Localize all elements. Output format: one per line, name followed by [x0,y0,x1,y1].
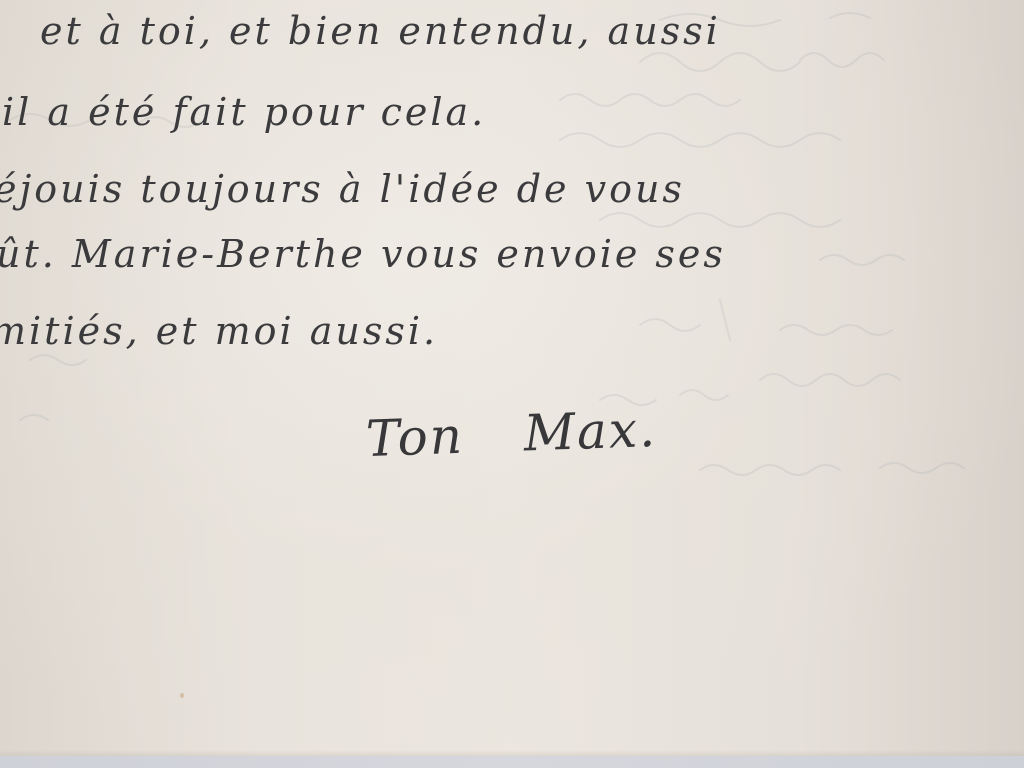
paper-stain [180,693,184,698]
letter-line-5: mitiés, et moi aussi. [0,312,438,350]
closing-salutation: Ton [365,407,465,468]
letter-line-3: éjouis toujours à l'idée de vous [0,170,685,208]
signature-name: Max [523,401,640,463]
background-surface [0,756,1024,768]
letter-line-1: et à toi, et bien entendu, aussi [40,12,721,50]
letter-signature: TonMax. [365,400,658,468]
signature-trailing-mark: . [638,400,658,459]
letter-paper: et à toi, et bien entendu, aussi il a ét… [0,0,1024,756]
letter-line-2: il a été fait pour cela. [2,93,486,131]
signature-spacer [464,451,524,453]
letter-line-4: ût. Marie-Berthe vous envoie ses [0,235,726,273]
